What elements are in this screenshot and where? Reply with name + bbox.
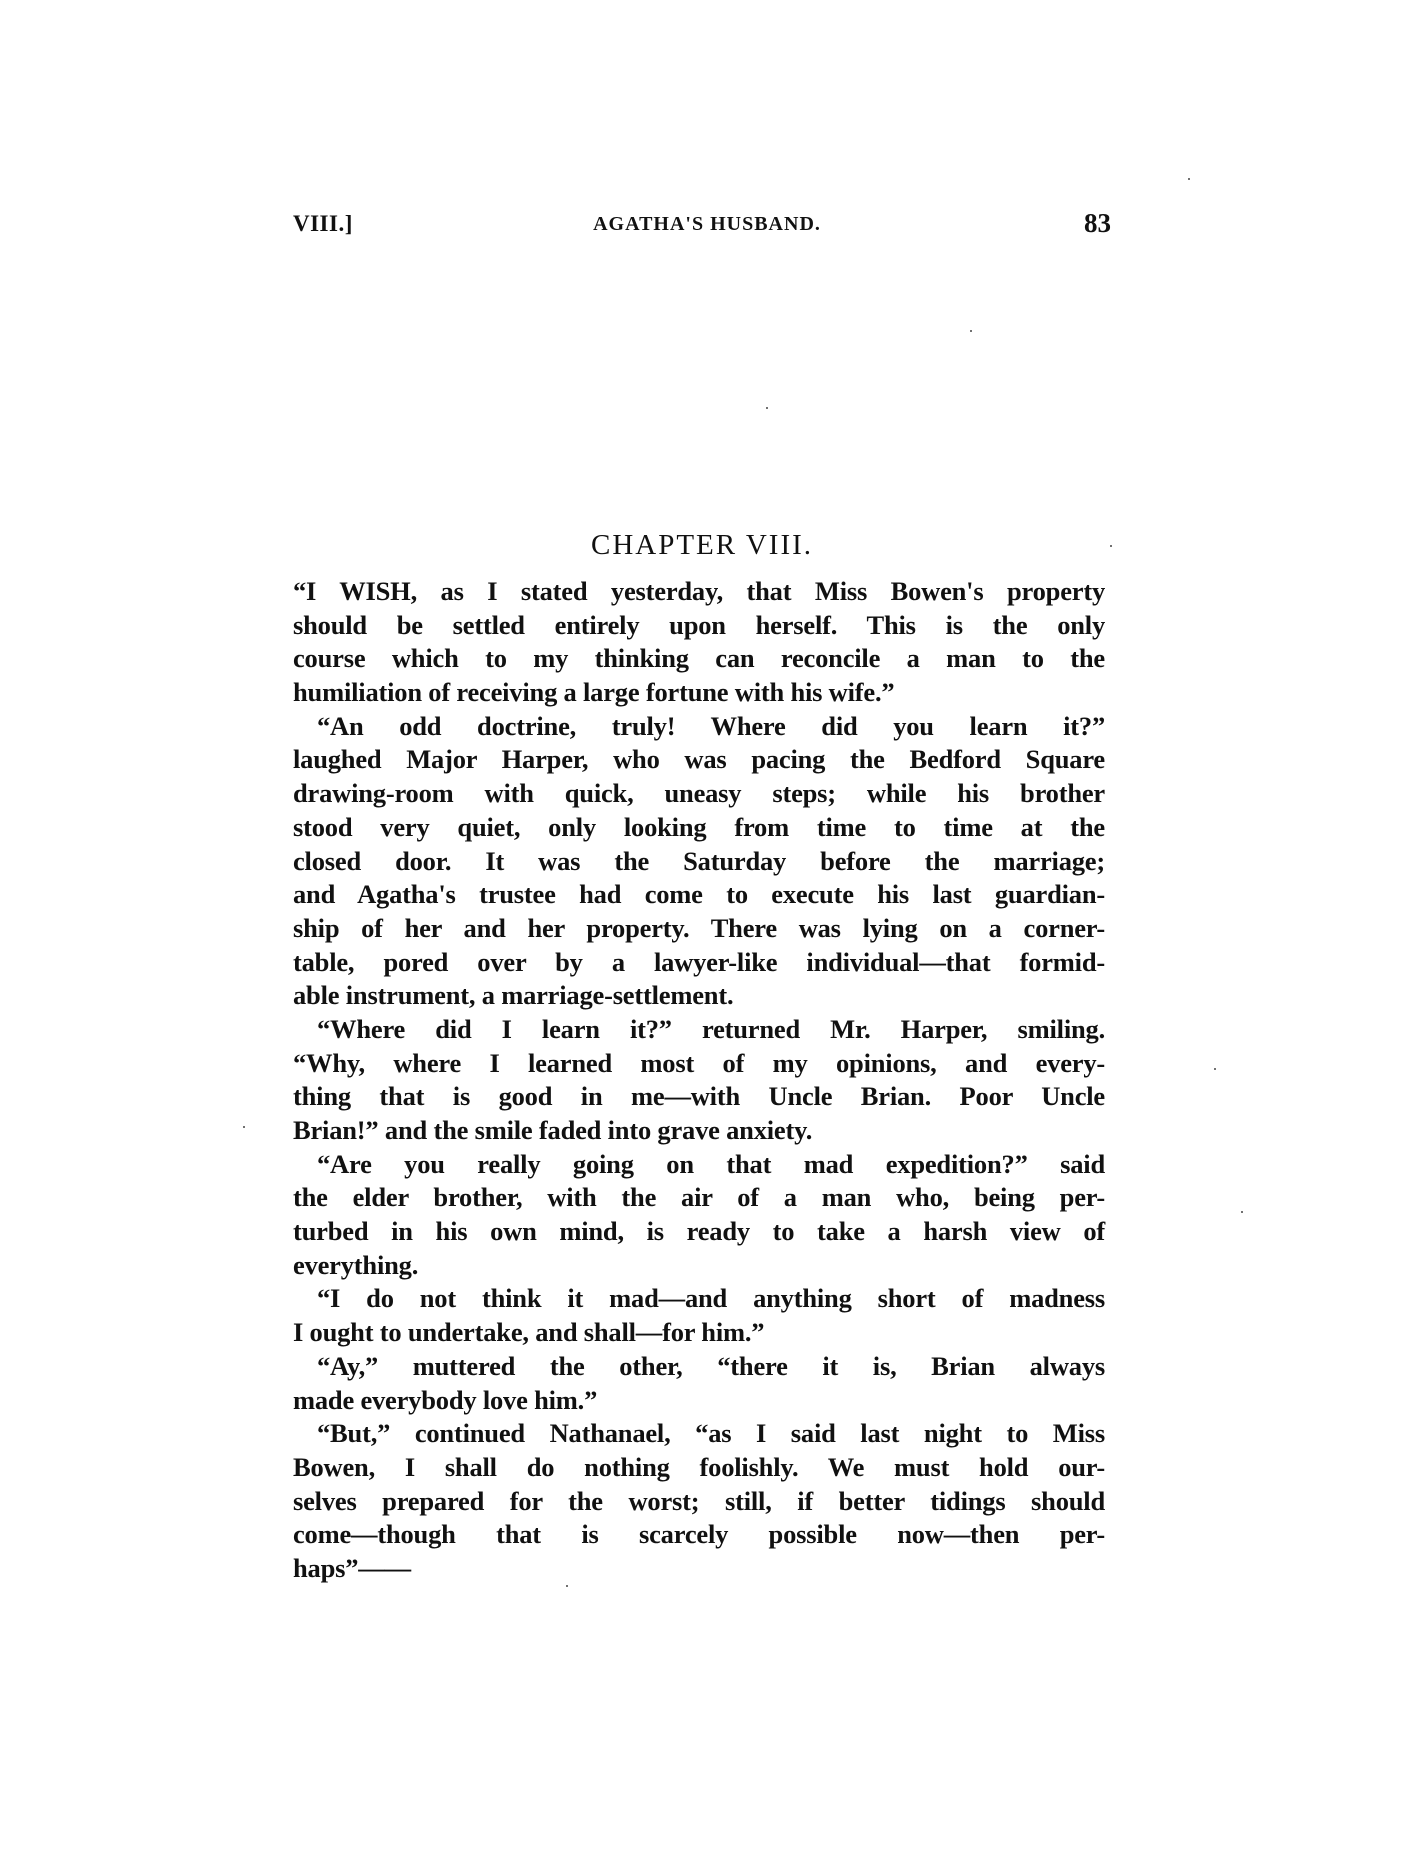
text-line: “Why, where I learned most of my opinion… [293, 1047, 1105, 1081]
running-head-title: AGATHA'S HUSBAND. [293, 208, 1111, 240]
scan-speck [1241, 1211, 1243, 1213]
text-line: “An odd doctrine, truly! Where did you l… [293, 710, 1105, 744]
chapter-title: CHAPTER VIII. [293, 527, 1111, 563]
text-line: closed door. It was the Saturday before … [293, 845, 1105, 879]
text-line: “I WISH, as I stated yesterday, that Mis… [293, 575, 1105, 609]
text-line: everything. [293, 1249, 1105, 1283]
text-line: course which to my thinking can reconcil… [293, 642, 1105, 676]
text-line: “But,” continued Nathanael, “as I said l… [293, 1417, 1105, 1451]
text-line: drawing-room with quick, uneasy steps; w… [293, 777, 1105, 811]
text-line: “Ay,” muttered the other, “there it is, … [293, 1350, 1105, 1384]
text-line: and Agatha's trustee had come to execute… [293, 878, 1105, 912]
text-line: made everybody love him.” [293, 1384, 1105, 1418]
scan-speck [243, 1126, 245, 1128]
text-line: “Where did I learn it?” returned Mr. Har… [293, 1013, 1105, 1047]
text-line: able instrument, a marriage-settlement. [293, 979, 1105, 1013]
text-line: I ought to undertake, and shall—for him.… [293, 1316, 1105, 1350]
text-line: “Are you really going on that mad expedi… [293, 1148, 1105, 1182]
text-line: “I do not think it mad—and anything shor… [293, 1282, 1105, 1316]
text-line: come—though that is scarcely possible no… [293, 1518, 1105, 1552]
scan-speck [766, 407, 768, 409]
text-line: Brian!” and the smile faded into grave a… [293, 1114, 1105, 1148]
text-line: turbed in his own mind, is ready to take… [293, 1215, 1105, 1249]
text-line: should be settled entirely upon herself.… [293, 609, 1105, 643]
text-line: table, pored over by a lawyer-like indiv… [293, 946, 1105, 980]
text-line: selves prepared for the worst; still, if… [293, 1485, 1105, 1519]
text-line: thing that is good in me—with Uncle Bria… [293, 1080, 1105, 1114]
text-line: ship of her and her property. There was … [293, 912, 1105, 946]
text-line: laughed Major Harper, who was pacing the… [293, 743, 1105, 777]
scan-speck [970, 330, 972, 332]
scan-speck [1188, 178, 1190, 180]
text-line: humiliation of receiving a large fortune… [293, 676, 1105, 710]
text-line: stood very quiet, only looking from time… [293, 811, 1105, 845]
text-line: the elder brother, with the air of a man… [293, 1181, 1105, 1215]
text-line: Bowen, I shall do nothing foolishly. We … [293, 1451, 1105, 1485]
page-number: 83 [1084, 207, 1111, 239]
scan-speck [1214, 1068, 1216, 1070]
running-head: VIII.] AGATHA'S HUSBAND. 83 [293, 208, 1111, 240]
text-line: haps”—— [293, 1552, 1105, 1586]
body-text: “I WISH, as I stated yesterday, that Mis… [293, 575, 1105, 1586]
